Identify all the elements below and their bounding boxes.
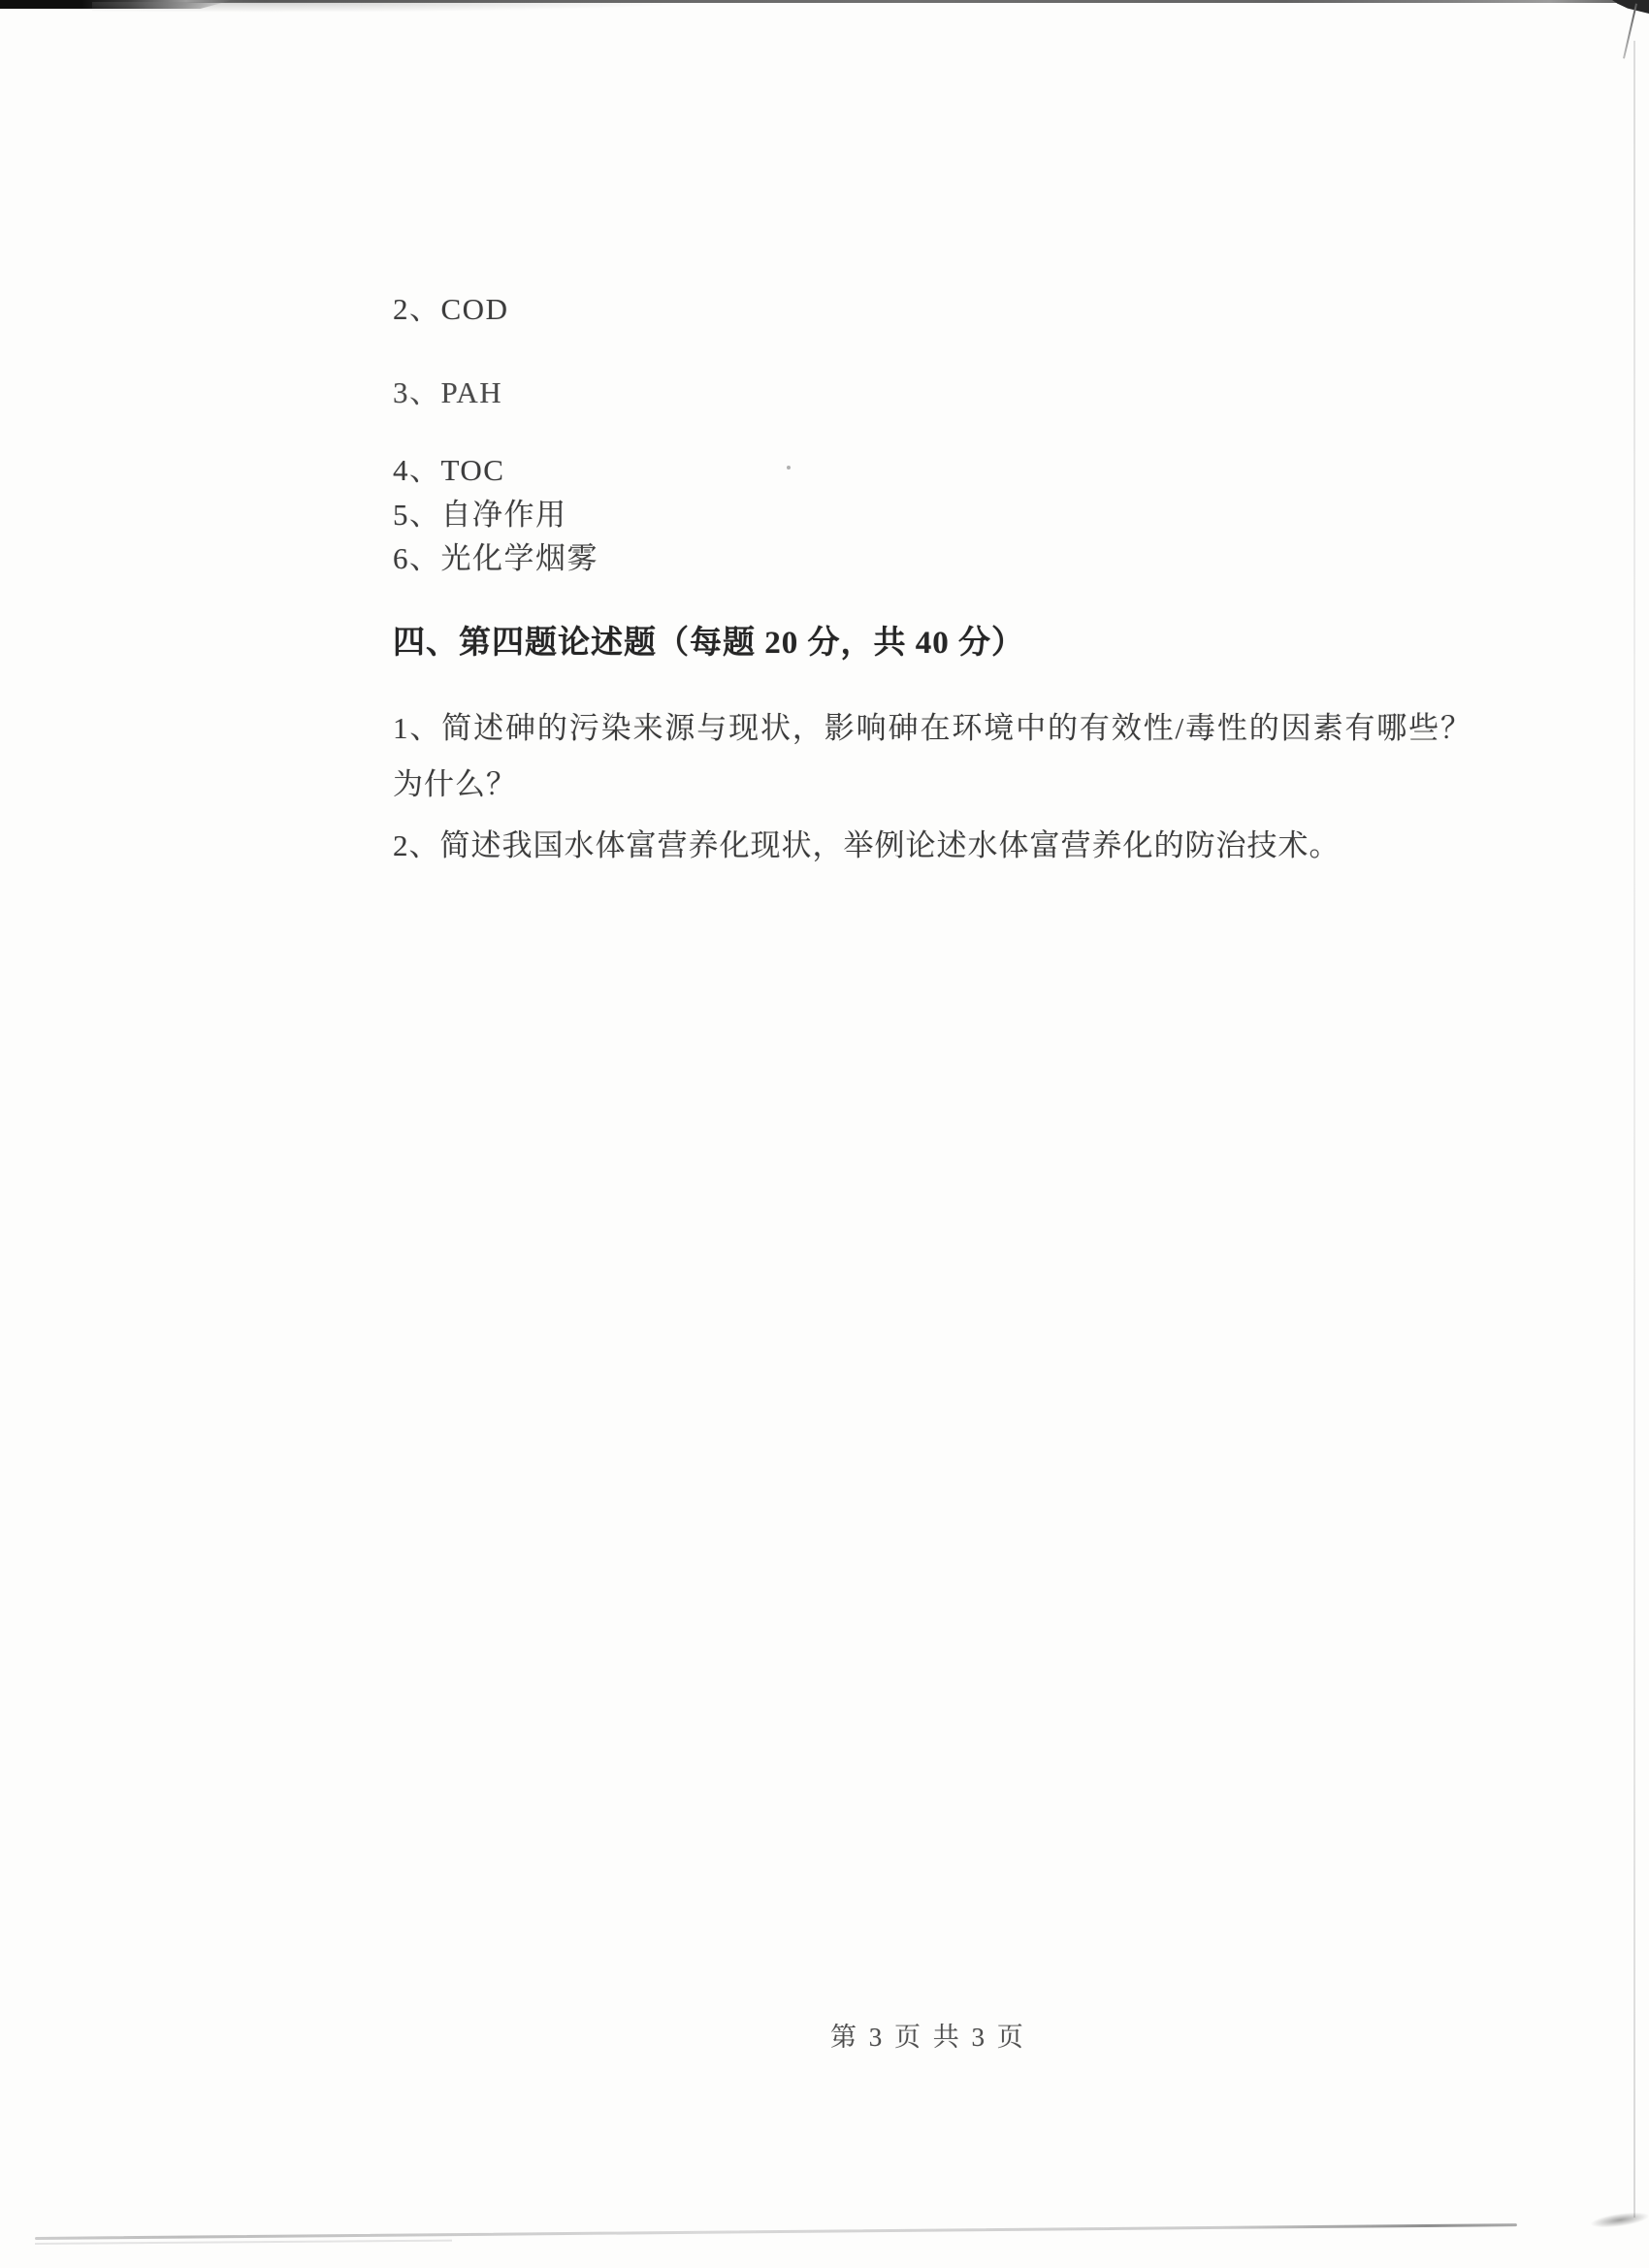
scan-artifact-right-scratch xyxy=(1623,4,1637,59)
scan-artifact-top-left-smudge xyxy=(92,2,694,13)
definition-item-cod: 2、COD xyxy=(393,291,508,328)
scan-artifact-speck xyxy=(787,466,791,470)
scan-artifact-top-right-blob xyxy=(1612,0,1649,14)
section-heading: 四、第四题论述题（每题 20 分，共 40 分） xyxy=(393,617,1024,663)
essay-question-1: 1、简述砷的污染来源与现状，影响砷在环境中的有效性/毒性的因素有哪些？为什么？ xyxy=(393,700,1471,813)
scanned-exam-page: 2、COD 3、PAH 4、TOC 5、自净作用 6、光化学烟雾 四、第四题论述… xyxy=(0,0,1649,2268)
definition-item-pah: 3、PAH xyxy=(393,374,502,411)
definition-item-photochemical-smog: 6、光化学烟雾 xyxy=(393,540,598,577)
scan-artifact-bottom-shadow xyxy=(35,2223,1517,2240)
scan-artifact-bottom-right-smudge xyxy=(1590,2210,1649,2230)
scan-artifact-top-edge xyxy=(0,0,1649,3)
scan-artifact-top-left-blob xyxy=(0,0,233,9)
scan-artifact-bottom-shadow-2 xyxy=(35,2240,452,2245)
essay-question-2: 2、简述我国水体富营养化现状，举例论述水体富营养化的防治技术。 xyxy=(393,818,1471,874)
scan-artifact-right-edge-line xyxy=(1633,41,1635,2218)
page-number-footer: 第 3 页 共 3 页 xyxy=(830,2016,1026,2054)
definition-item-self-purification: 5、自净作用 xyxy=(393,497,567,534)
definition-item-toc: 4、TOC xyxy=(393,452,504,489)
